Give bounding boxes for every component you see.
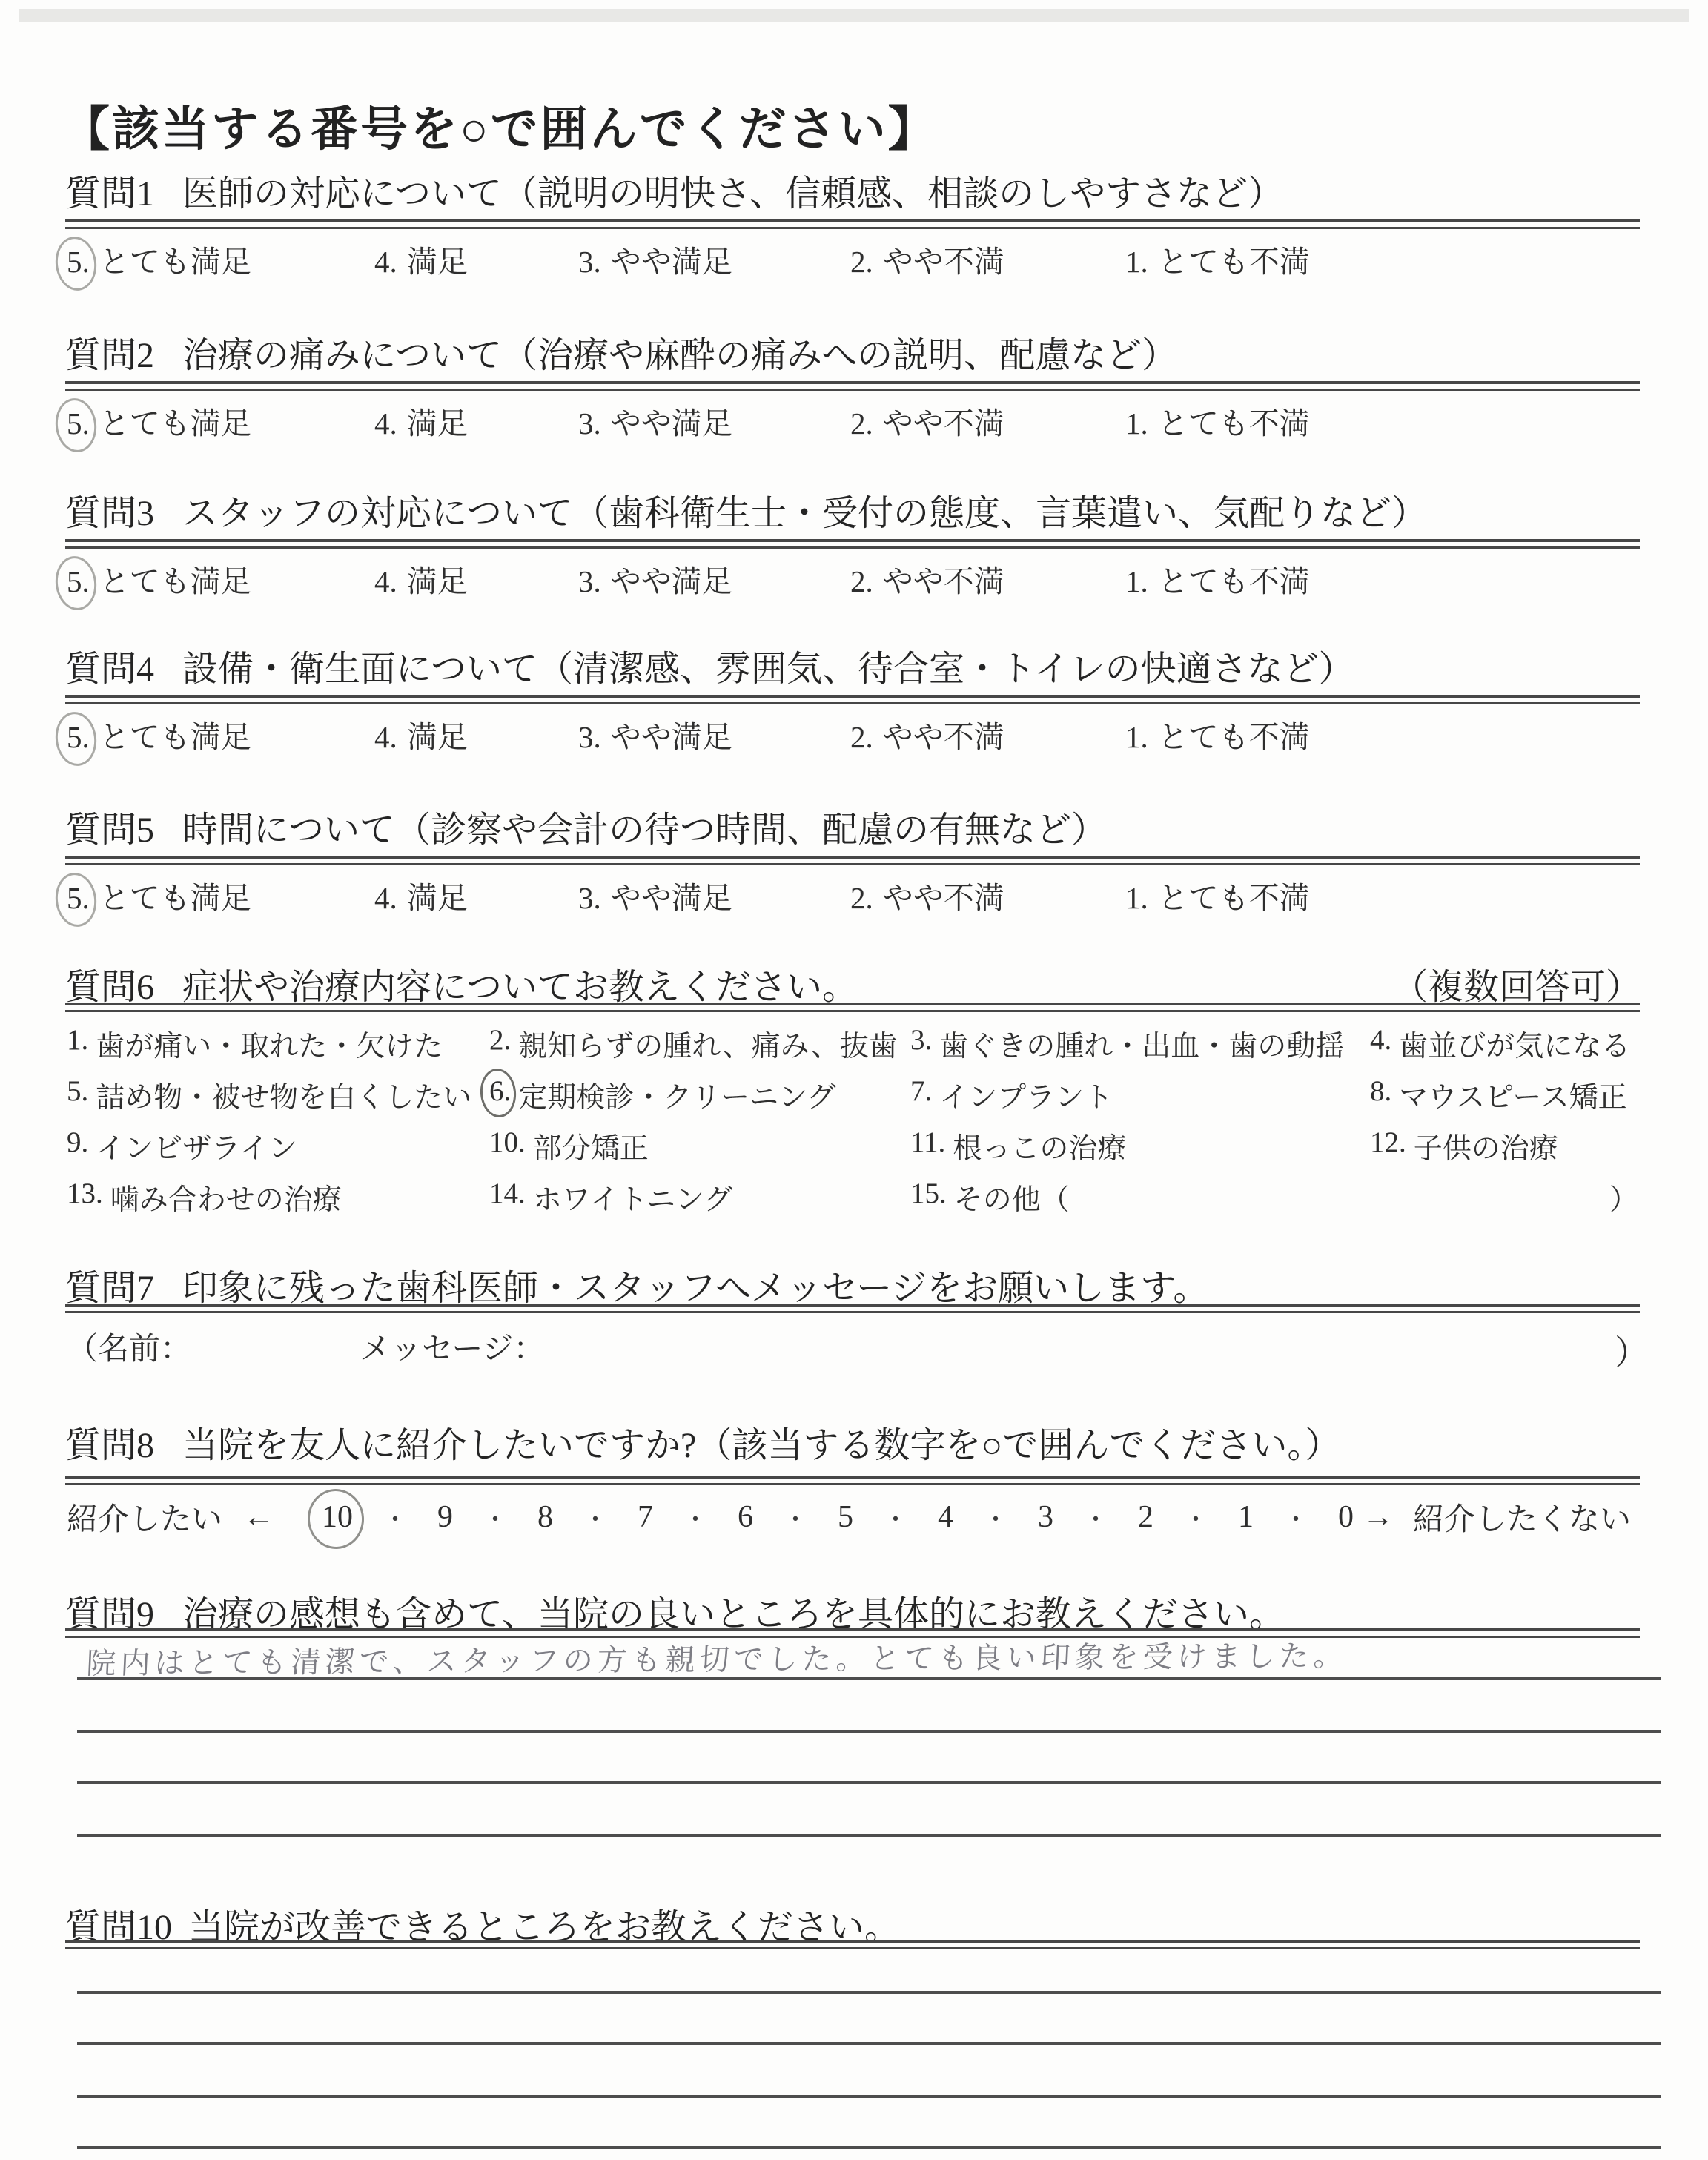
scale-number: 0 <box>1338 1499 1354 1535</box>
rating-number: 1. <box>1125 719 1148 755</box>
scale-left-label: 紹介したい <box>67 1495 222 1539</box>
rating-option: 1.とても不満 <box>1125 399 1310 443</box>
handwritten-answer: 院内はとても清潔で、スタッフの方も親切でした。とても良い印象を受けました。 <box>85 1633 1348 1682</box>
scale-dot-separator: ・ <box>883 1499 908 1536</box>
rating-label: とても不満 <box>1158 564 1310 598</box>
option-number: 1. <box>67 1023 88 1057</box>
rating-label: 満足 <box>407 564 468 598</box>
question-title: 印象に残った歯科医師・スタッフへメッセージをお願いします。 <box>182 1269 1208 1308</box>
rating-option: 3.やや満足 <box>578 399 732 443</box>
rating-option: 5.とても満足 <box>67 713 251 756</box>
rating-option: 4.満足 <box>374 873 468 917</box>
header-rule <box>65 1003 1640 1012</box>
treatment-option: 8.マウスピース矯正 <box>1370 1074 1638 1126</box>
question-1-header: 質問1医師の対応について（説明の明快さ、信頼感、相談のしやすさなど） <box>65 165 1283 216</box>
header-rule <box>65 856 1640 865</box>
rating-label: やや不満 <box>883 406 1004 440</box>
option-label: その他（ <box>954 1177 1070 1218</box>
option-number: 9. <box>67 1126 88 1159</box>
name-field-label: （名前： <box>67 1324 191 1369</box>
rating-option: 3.やや満足 <box>578 713 732 756</box>
rating-number: 4. <box>374 719 397 755</box>
right-arrow-icon: → <box>1363 1499 1394 1535</box>
scale-step: 10・ <box>322 1499 437 1536</box>
scale-numbers: 10・ 9・ 8・ 7・ 6・ 5・ 4・ 3・ 2・ 1・ 0・ <box>322 1499 1354 1536</box>
option-number: 12. <box>1370 1126 1406 1159</box>
rating-label: やや満足 <box>611 564 732 598</box>
question-6-header: 質問6症状や治療内容についてお教えください。 <box>65 958 858 1009</box>
option-number: 13. <box>67 1177 103 1210</box>
rating-number: 4. <box>374 880 397 916</box>
rating-label: とても満足 <box>99 245 251 279</box>
option-label: 噛み合わせの治療 <box>110 1177 342 1218</box>
answer-line <box>77 1834 1661 1837</box>
question-2-header: 質問2治療の痛みについて（治療や麻酔の痛みへの説明、配慮など） <box>65 326 1177 377</box>
rating-label: とても満足 <box>99 406 251 440</box>
option-label: マウスピース矯正 <box>1399 1074 1626 1116</box>
scale-number: 3 <box>1038 1499 1053 1535</box>
rating-label: やや満足 <box>611 245 732 279</box>
rating-number: 4. <box>374 244 397 280</box>
header-rule <box>65 219 1640 229</box>
answer-line <box>77 1781 1661 1784</box>
rating-option: 3.やや満足 <box>578 873 732 917</box>
option-number: 11. <box>910 1126 945 1159</box>
recommend-scale-row: 紹介したい ← 10・ 9・ 8・ 7・ 6・ 5・ 4・ 3・ 2・ <box>67 1495 1631 1539</box>
option-label: 歯並びが気になる <box>1399 1023 1630 1065</box>
question-3-options: 5.とても満足 4.満足 3.やや満足 2.やや不満 1.とても不満 <box>67 557 1653 604</box>
option-number: 2. <box>489 1023 511 1057</box>
close-paren: ） <box>1615 1326 1649 1375</box>
header-rule <box>65 381 1640 391</box>
scale-number: 8 <box>537 1499 553 1535</box>
rating-label: やや不満 <box>883 720 1004 754</box>
rating-option: 2.やや不満 <box>850 713 1004 756</box>
question-3-header: 質問3スタッフの対応について（歯科衛生士・受付の態度、言葉遣い、気配りなど） <box>65 484 1427 535</box>
rating-option: 5.とても満足 <box>67 237 251 281</box>
rating-label: とても満足 <box>99 881 251 915</box>
name-message-row: （名前： メッセージ： ） <box>67 1324 1638 1369</box>
rating-option: 4.満足 <box>374 399 468 443</box>
rating-option: 5.とても満足 <box>67 873 251 917</box>
treatment-option: 1.歯が痛い・取れた・欠けた <box>67 1023 489 1074</box>
treatment-option: 5.詰め物・被せ物を白くしたい <box>67 1074 489 1126</box>
question-title: 医師の対応について（説明の明快さ、信頼感、相談のしやすさなど） <box>182 174 1283 214</box>
rating-label: とても満足 <box>99 564 251 598</box>
rating-number: 3. <box>578 406 601 441</box>
rating-option: 2.やや不満 <box>850 873 1004 917</box>
rating-number: 5. <box>67 406 90 441</box>
question-title: 当院を友人に紹介したいですか?（該当する数字を○で囲んでください。） <box>182 1426 1340 1465</box>
rating-label: とても不満 <box>1158 406 1310 440</box>
rating-number: 1. <box>1125 880 1148 916</box>
scale-number: 10 <box>322 1499 353 1535</box>
rating-number: 2. <box>850 564 873 599</box>
rating-label: やや満足 <box>611 406 732 440</box>
header-rule <box>65 1940 1640 1949</box>
rating-label: とても不満 <box>1158 245 1310 279</box>
rating-number: 2. <box>850 244 873 280</box>
question-number-label: 質問6 <box>65 968 154 1007</box>
option-number: 10. <box>489 1126 526 1159</box>
scale-dot-separator: ・ <box>1083 1499 1108 1536</box>
scale-step: 6・ <box>738 1499 838 1536</box>
scale-dot-separator: ・ <box>483 1499 508 1536</box>
question-4-options: 5.とても満足 4.満足 3.やや満足 2.やや不満 1.とても不満 <box>67 713 1653 760</box>
rating-label: 満足 <box>407 406 468 440</box>
question-number-label: 質問3 <box>65 494 154 533</box>
scale-step: 7・ <box>638 1499 738 1536</box>
rating-label: 満足 <box>407 881 468 915</box>
question-1-options: 5.とても満足 4.満足 3.やや満足 2.やや不満 1.とても不満 <box>67 237 1653 285</box>
question-number-label: 質問7 <box>65 1269 154 1308</box>
rating-label: 満足 <box>407 245 468 279</box>
scale-step: 2・ <box>1138 1499 1238 1536</box>
header-rule <box>65 1476 1640 1485</box>
rating-label: やや不満 <box>883 564 1004 598</box>
option-label: 子供の治療 <box>1414 1126 1558 1167</box>
multiple-answers-note: （複数回答可） <box>1392 958 1641 1009</box>
question-number-label: 質問8 <box>65 1426 154 1465</box>
scale-dot-separator: ・ <box>1283 1499 1308 1536</box>
rating-option: 1.とても不満 <box>1125 713 1310 756</box>
scale-step: 9・ <box>437 1499 537 1536</box>
treatment-option: 2.親知らずの腫れ、痛み、抜歯 <box>489 1023 910 1074</box>
option-label: ホワイトニング <box>533 1177 733 1218</box>
rating-option: 5.とても満足 <box>67 399 251 443</box>
left-arrow-icon: ← <box>243 1499 274 1535</box>
rating-label: 満足 <box>407 720 468 754</box>
scale-dot-separator: ・ <box>1183 1499 1208 1536</box>
option-label: 定期検診・クリーニング <box>518 1074 835 1116</box>
scale-number: 1 <box>1238 1499 1254 1535</box>
header-rule <box>65 1304 1640 1313</box>
scale-number: 7 <box>638 1499 653 1535</box>
rating-number: 5. <box>67 719 90 755</box>
option-number: 6. <box>489 1074 511 1108</box>
answer-line <box>77 2146 1661 2149</box>
rating-number: 4. <box>374 564 397 599</box>
option-number: 3. <box>910 1023 932 1057</box>
message-field-label: メッセージ： <box>360 1324 544 1369</box>
scale-number: 6 <box>738 1499 753 1535</box>
scale-right-label: 紹介したくない <box>1413 1495 1631 1539</box>
rating-option: 2.やや不満 <box>850 237 1004 281</box>
question-number-label: 質問1 <box>65 174 154 214</box>
treatment-option: 9.インビザライン <box>67 1126 489 1177</box>
question-5-options: 5.とても満足 4.満足 3.やや満足 2.やや不満 1.とても不満 <box>67 873 1653 921</box>
treatment-option: 10.部分矯正 <box>489 1126 910 1177</box>
treatment-option: 7.インプラント <box>910 1074 1370 1126</box>
rating-option: 5.とても満足 <box>67 557 251 601</box>
question-4-header: 質問4設備・衛生面について（清潔感、雰囲気、待合室・トイレの快適さなど） <box>65 640 1354 691</box>
rating-label: やや満足 <box>611 881 732 915</box>
treatment-option: 3.歯ぐきの腫れ・出血・歯の動揺 <box>910 1023 1370 1074</box>
question-5-header: 質問5時間について（診察や会計の待つ時間、配慮の有無など） <box>65 801 1107 852</box>
rating-number: 1. <box>1125 244 1148 280</box>
question-title: 設備・衛生面について（清潔感、雰囲気、待合室・トイレの快適さなど） <box>182 650 1354 689</box>
treatment-option: 6.定期検診・クリーニング <box>489 1074 910 1126</box>
rating-number: 5. <box>67 880 90 916</box>
question-2-options: 5.とても満足 4.満足 3.やや満足 2.やや不満 1.とても不満 <box>67 399 1653 446</box>
rating-label: とても不満 <box>1158 720 1310 754</box>
rating-number: 3. <box>578 244 601 280</box>
rating-number: 5. <box>67 244 90 280</box>
rating-label: とても不満 <box>1158 881 1310 915</box>
option-label: 親知らずの腫れ、痛み、抜歯 <box>518 1023 898 1065</box>
rating-number: 2. <box>850 880 873 916</box>
option-number: 15. <box>910 1177 947 1210</box>
rating-number: 2. <box>850 719 873 755</box>
question-6-options: 1.歯が痛い・取れた・欠けた 2.親知らずの腫れ、痛み、抜歯 3.歯ぐきの腫れ・… <box>67 1023 1638 1228</box>
scale-step: 3・ <box>1038 1499 1138 1536</box>
rating-option: 4.満足 <box>374 237 468 281</box>
rating-number: 4. <box>374 406 397 441</box>
rating-number: 1. <box>1125 406 1148 441</box>
scale-dot-separator: ・ <box>683 1499 708 1536</box>
scale-dot-separator: ・ <box>983 1499 1008 1536</box>
option-number: 4. <box>1370 1023 1391 1057</box>
scale-step: 1・ <box>1238 1499 1338 1536</box>
option-label: 詰め物・被せ物を白くしたい <box>96 1074 471 1116</box>
treatment-option: 12.子供の治療 <box>1370 1126 1638 1177</box>
rating-label: やや満足 <box>611 720 732 754</box>
option-label: インビザライン <box>96 1126 297 1167</box>
rating-label: とても満足 <box>99 720 251 754</box>
option-label: 歯が痛い・取れた・欠けた <box>96 1023 443 1065</box>
rating-label: やや不満 <box>883 881 1004 915</box>
scale-step: 8・ <box>537 1499 638 1536</box>
scale-dot-separator: ・ <box>383 1499 408 1536</box>
option-label: 根っこの治療 <box>953 1126 1126 1167</box>
page-title: 【該当する番号を○で囲んでください】 <box>62 91 938 159</box>
answer-line <box>77 2095 1661 2098</box>
scale-dot-separator: ・ <box>583 1499 608 1536</box>
rating-option: 1.とても不満 <box>1125 873 1310 917</box>
header-rule <box>65 539 1640 549</box>
rating-number: 3. <box>578 564 601 599</box>
scale-number: 4 <box>938 1499 953 1535</box>
answer-line <box>77 1730 1661 1733</box>
option-number: 5. <box>67 1074 88 1108</box>
scale-dot-separator: ・ <box>783 1499 808 1536</box>
rating-label: やや不満 <box>883 245 1004 279</box>
rating-number: 5. <box>67 564 90 599</box>
treatment-option: 4.歯並びが気になる <box>1370 1023 1638 1074</box>
scan-artifact-band <box>19 9 1689 22</box>
rating-option: 1.とても不満 <box>1125 557 1310 601</box>
scale-number: 5 <box>838 1499 853 1535</box>
option-label: 部分矯正 <box>533 1126 649 1167</box>
header-rule <box>65 695 1640 704</box>
rating-option: 3.やや満足 <box>578 557 732 601</box>
question-title: 症状や治療内容についてお教えください。 <box>182 968 858 1007</box>
question-7-header: 質問7印象に残った歯科医師・スタッフへメッセージをお願いします。 <box>65 1259 1208 1310</box>
treatment-option: 15.その他（） <box>910 1177 1638 1228</box>
option-label: インプラント <box>939 1074 1113 1116</box>
rating-number: 2. <box>850 406 873 441</box>
scale-step: 0・ <box>1338 1499 1354 1535</box>
rating-option: 4.満足 <box>374 557 468 601</box>
scale-step: 5・ <box>838 1499 938 1536</box>
question-8-header: 質問8当院を友人に紹介したいですか?（該当する数字を○で囲んでください。） <box>65 1416 1340 1467</box>
scale-number: 2 <box>1138 1499 1153 1535</box>
answer-line <box>77 1677 1661 1680</box>
answer-line <box>77 2042 1661 2045</box>
option-label: 歯ぐきの腫れ・出血・歯の動揺 <box>939 1023 1344 1065</box>
answer-line <box>77 1991 1661 1994</box>
treatment-option: 14.ホワイトニング <box>489 1177 910 1228</box>
rating-option: 1.とても不満 <box>1125 237 1310 281</box>
treatment-option: 11.根っこの治療 <box>910 1126 1370 1177</box>
rating-option: 2.やや不満 <box>850 399 1004 443</box>
scale-step: 4・ <box>938 1499 1038 1536</box>
rating-option: 4.満足 <box>374 713 468 756</box>
rating-number: 3. <box>578 719 601 755</box>
question-number-label: 質問5 <box>65 810 154 850</box>
question-number-label: 質問4 <box>65 650 154 689</box>
rating-number: 3. <box>578 880 601 916</box>
question-title: スタッフの対応について（歯科衛生士・受付の態度、言葉遣い、気配りなど） <box>182 494 1427 533</box>
rating-number: 1. <box>1125 564 1148 599</box>
option-number: 7. <box>910 1074 932 1108</box>
question-number-label: 質問2 <box>65 336 154 375</box>
question-title: 治療の痛みについて（治療や麻酔の痛みへの説明、配慮など） <box>182 336 1177 375</box>
question-title: 時間について（診察や会計の待つ時間、配慮の有無など） <box>182 810 1107 850</box>
rating-option: 3.やや満足 <box>578 237 732 281</box>
treatment-option: 13.噛み合わせの治療 <box>67 1177 489 1228</box>
option-number: 8. <box>1370 1074 1391 1108</box>
scale-number: 9 <box>437 1499 453 1535</box>
option-close-paren: ） <box>1609 1177 1638 1218</box>
option-number: 14. <box>489 1177 526 1210</box>
rating-option: 2.やや不満 <box>850 557 1004 601</box>
